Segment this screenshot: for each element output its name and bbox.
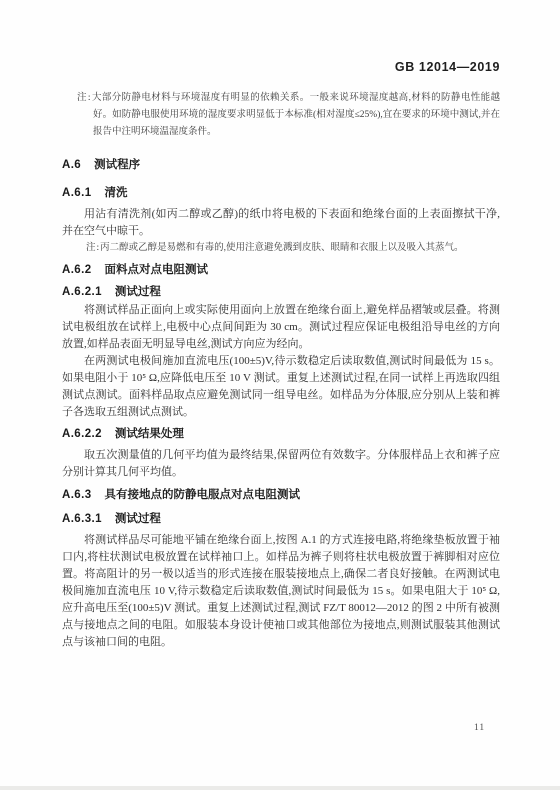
section-a6-3-number: A.6.3 — [62, 488, 92, 503]
section-a6-number: A.6 — [62, 158, 81, 173]
paragraph-a6-1: 用沾有清洗剂(如丙二醇或乙醇)的纸巾将电极的下表面和绝缘台面的上表面擦拭干净,并… — [62, 206, 500, 240]
section-a6-1-heading: A.6.1清洗 — [62, 186, 500, 201]
section-a6-2-1-heading: A.6.2.1测试过程 — [62, 285, 500, 300]
page-content: GB 12014—2019 注:大部分防静电材料与环境湿度有明显的依赖关系。一般… — [62, 60, 500, 651]
section-a6-1-number: A.6.1 — [62, 186, 92, 201]
env-humidity-note: 注:大部分防静电材料与环境湿度有明显的依赖关系。一般来说环境湿度越高,材料的防静… — [62, 90, 500, 141]
section-a6-2-2-number: A.6.2.2 — [62, 427, 102, 442]
document-page: GB 12014—2019 注:大部分防静电材料与环境湿度有明显的依赖关系。一般… — [0, 0, 560, 790]
paragraph-a6-2-1-first: 将测试样品正面向上或实际使用面向上放置在绝缘台面上,避免样品褶皱或层叠。将测试电… — [62, 302, 500, 353]
section-a6-2-number: A.6.2 — [62, 263, 92, 278]
section-a6-2-heading: A.6.2面料点对点电阻测试 — [62, 263, 500, 278]
section-a6-heading: A.6测试程序 — [62, 158, 500, 173]
paragraph-a6-2-2: 取五次测量值的几何平均值为最终结果,保留两位有效数字。分体服样品上衣和裤子应分别… — [62, 447, 500, 481]
section-a6-3-heading: A.6.3具有接地点的防静电服点对点电阻测试 — [62, 488, 500, 503]
section-a6-1-title: 清洗 — [105, 187, 128, 199]
note-label: 注: — [77, 93, 92, 103]
note-label: 注: — [86, 243, 100, 253]
section-a6-3-title: 具有接地点的防静电服点对点电阻测试 — [105, 489, 301, 501]
note-text: 大部分防静电材料与环境湿度有明显的依赖关系。一般来说环境湿度越高,材料的防静电性… — [92, 93, 500, 137]
section-a6-2-2-heading: A.6.2.2测试结果处理 — [62, 427, 500, 442]
section-a6-2-1-number: A.6.2.1 — [62, 285, 102, 300]
page-number: 11 — [474, 723, 485, 733]
section-a6-2-title: 面料点对点电阻测试 — [105, 264, 209, 276]
section-a6-3-1-title: 测试过程 — [115, 513, 161, 525]
section-a6-title: 测试程序 — [94, 159, 140, 171]
paragraph-a6-2-1-second: 在两测试电极间施加直流电压(100±5)V,待示数稳定后读取数值,测试时间最低为… — [62, 353, 500, 421]
section-a6-2-1-title: 测试过程 — [115, 286, 161, 298]
scan-bottom-edge — [0, 786, 560, 790]
standard-number-header: GB 12014—2019 — [62, 60, 500, 74]
note-text: 丙二醇或乙醇是易燃和有毒的,使用注意避免溅到皮肤、眼睛和衣服上以及吸入其蒸气。 — [100, 243, 463, 253]
section-a6-3-1-heading: A.6.3.1测试过程 — [62, 512, 500, 527]
section-a6-3-1-number: A.6.3.1 — [62, 512, 102, 527]
solvent-warning-note: 注:丙二醇或乙醇是易燃和有毒的,使用注意避免溅到皮肤、眼睛和衣服上以及吸入其蒸气… — [62, 240, 500, 257]
paragraph-a6-3-1: 将测试样品尽可能地平铺在绝缘台面上,按图 A.1 的方式连接电路,将绝缘垫板放置… — [62, 532, 500, 651]
section-a6-2-2-title: 测试结果处理 — [115, 428, 184, 440]
